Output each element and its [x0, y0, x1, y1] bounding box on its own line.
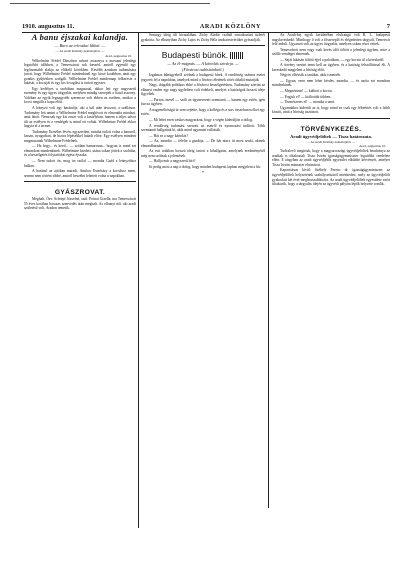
issue-date: 1910. augusztus 11.	[22, 23, 74, 30]
section-heading-law: TÖRVÉNYKEZÉS.	[272, 125, 390, 134]
section-rule	[24, 181, 136, 182]
article-paragraph: — Parton, mesél — szólt az úgynevezett s…	[141, 98, 265, 107]
ornament-icon	[230, 52, 244, 59]
article-paragraph: Itt pedig most a nap a dolog, hogy minde…	[141, 165, 265, 170]
article-paragraph: A leányzó volt egy barátnője, aki a bál …	[24, 106, 136, 129]
article-paragraph: Tudomány Erzsébet lévén, egyszerűen, min…	[24, 130, 136, 144]
article-paragraph: — Megnéztem! — kiáltott a kocsis.	[272, 89, 390, 94]
article-headline: A banu éjszakai kalandja.	[24, 33, 136, 43]
end-mark: *	[141, 170, 265, 176]
article-paragraph: A rendőrség tudomást szerzett az esetről…	[141, 124, 265, 133]
article-paragraph: — Fogjuk el! — kiáltották többen.	[272, 95, 390, 100]
article-paragraph: A törvény szerint tenni kell az ügyben, …	[272, 63, 390, 72]
law-paragraph: Tudvalevő megírtuk, hogy a magyarországi…	[272, 149, 390, 167]
section-heading-obituary: GYÁSZROVAT.	[24, 188, 136, 197]
column-divider-1	[138, 33, 139, 528]
article-paragraph: A nagyméltóságú úr sem sejtette, hogy a …	[141, 108, 265, 117]
article-paragraph: Wilhelmine Frédel Dinschen udvari asszon…	[24, 59, 136, 86]
scan-edge-line	[10, 3, 210, 4]
article-headline: Budapesti bünök.	[141, 50, 265, 61]
column-2: Somogy ideig ült hivatalában. Zichy Alad…	[141, 33, 265, 488]
newspaper-title: ARADI KÖZLÖNY	[200, 23, 261, 30]
article-paragraph: — Hallja már a nagyszerű hírt?	[141, 159, 265, 164]
article-paragraph: Egy kedélyes a szobában magasztal, akkor…	[24, 87, 136, 105]
section-rule	[272, 118, 390, 119]
article-paragraph: — Nem tudott ön, mog ön szólal — mondta …	[24, 159, 136, 168]
article-paragraph: Temesvárott nem vagy csak kevés időt töl…	[272, 48, 390, 57]
column-divider-2	[268, 33, 269, 508]
continued-paragraph: Somogy ideig ült hivatalában. Zichy Alad…	[141, 33, 265, 42]
section-rule	[141, 45, 265, 46]
article-paragraph: Ugyanakkor kiderült az is, hogy mind ez …	[272, 106, 390, 115]
article-paragraph: — Az, mondta — felelte a gazdája. — De h…	[141, 139, 265, 148]
article-paragraph: A barátnő az ajtóban maradt. Amikor Este…	[24, 169, 136, 178]
column-1: A banu éjszakai kalandja. — Baro az erle…	[24, 33, 136, 523]
article-paragraph: Négyes elhívták a tanúkat, akik ismerték…	[272, 73, 390, 78]
article-paragraph: Izgalmas bűnügyekről szólnak a budapesti…	[141, 73, 265, 82]
article-paragraph: Az esti órákban hosszú ideig tartott a k…	[141, 149, 265, 158]
law-paragraph: Kapacitáson kívül: Székely Ferenc dr. ig…	[272, 168, 390, 186]
page-number: 7	[387, 23, 390, 30]
article-paragraph: — Természetes el! — mondta a tanú.	[272, 100, 390, 105]
article-paragraph: — Mi lehet ezen vaskos magyarázat, hogy …	[141, 118, 265, 123]
headline-text: Budapesti bünök.	[162, 50, 228, 60]
article-paragraph: — Ugyan, ezen nem lehet kérdés, mondta, …	[272, 79, 390, 88]
column-3: Az Aradi-bej egyik kerületében elsőrangú…	[272, 33, 390, 508]
obituary-paragraph: Meghalt. Özv. Schrépf Józsefné, szül. Pr…	[24, 197, 136, 211]
article-paragraph: Nagy, drágább politikus ebbé a fővárosi …	[141, 83, 265, 97]
article-paragraph: — Ha hogy... és kezd... — szólam hamaros…	[24, 144, 136, 158]
article-paragraph: — Saját lakásán töltött éjjel a palotába…	[272, 58, 390, 63]
article-paragraph: Az Aradi-bej egyik kerületében elsőrangú…	[272, 33, 390, 47]
article-paragraph: — Hát ez a nagy kártolás?	[141, 134, 265, 139]
masthead: 1910. augusztus 11. ARADI KÖZLÖNY 7	[22, 21, 390, 31]
